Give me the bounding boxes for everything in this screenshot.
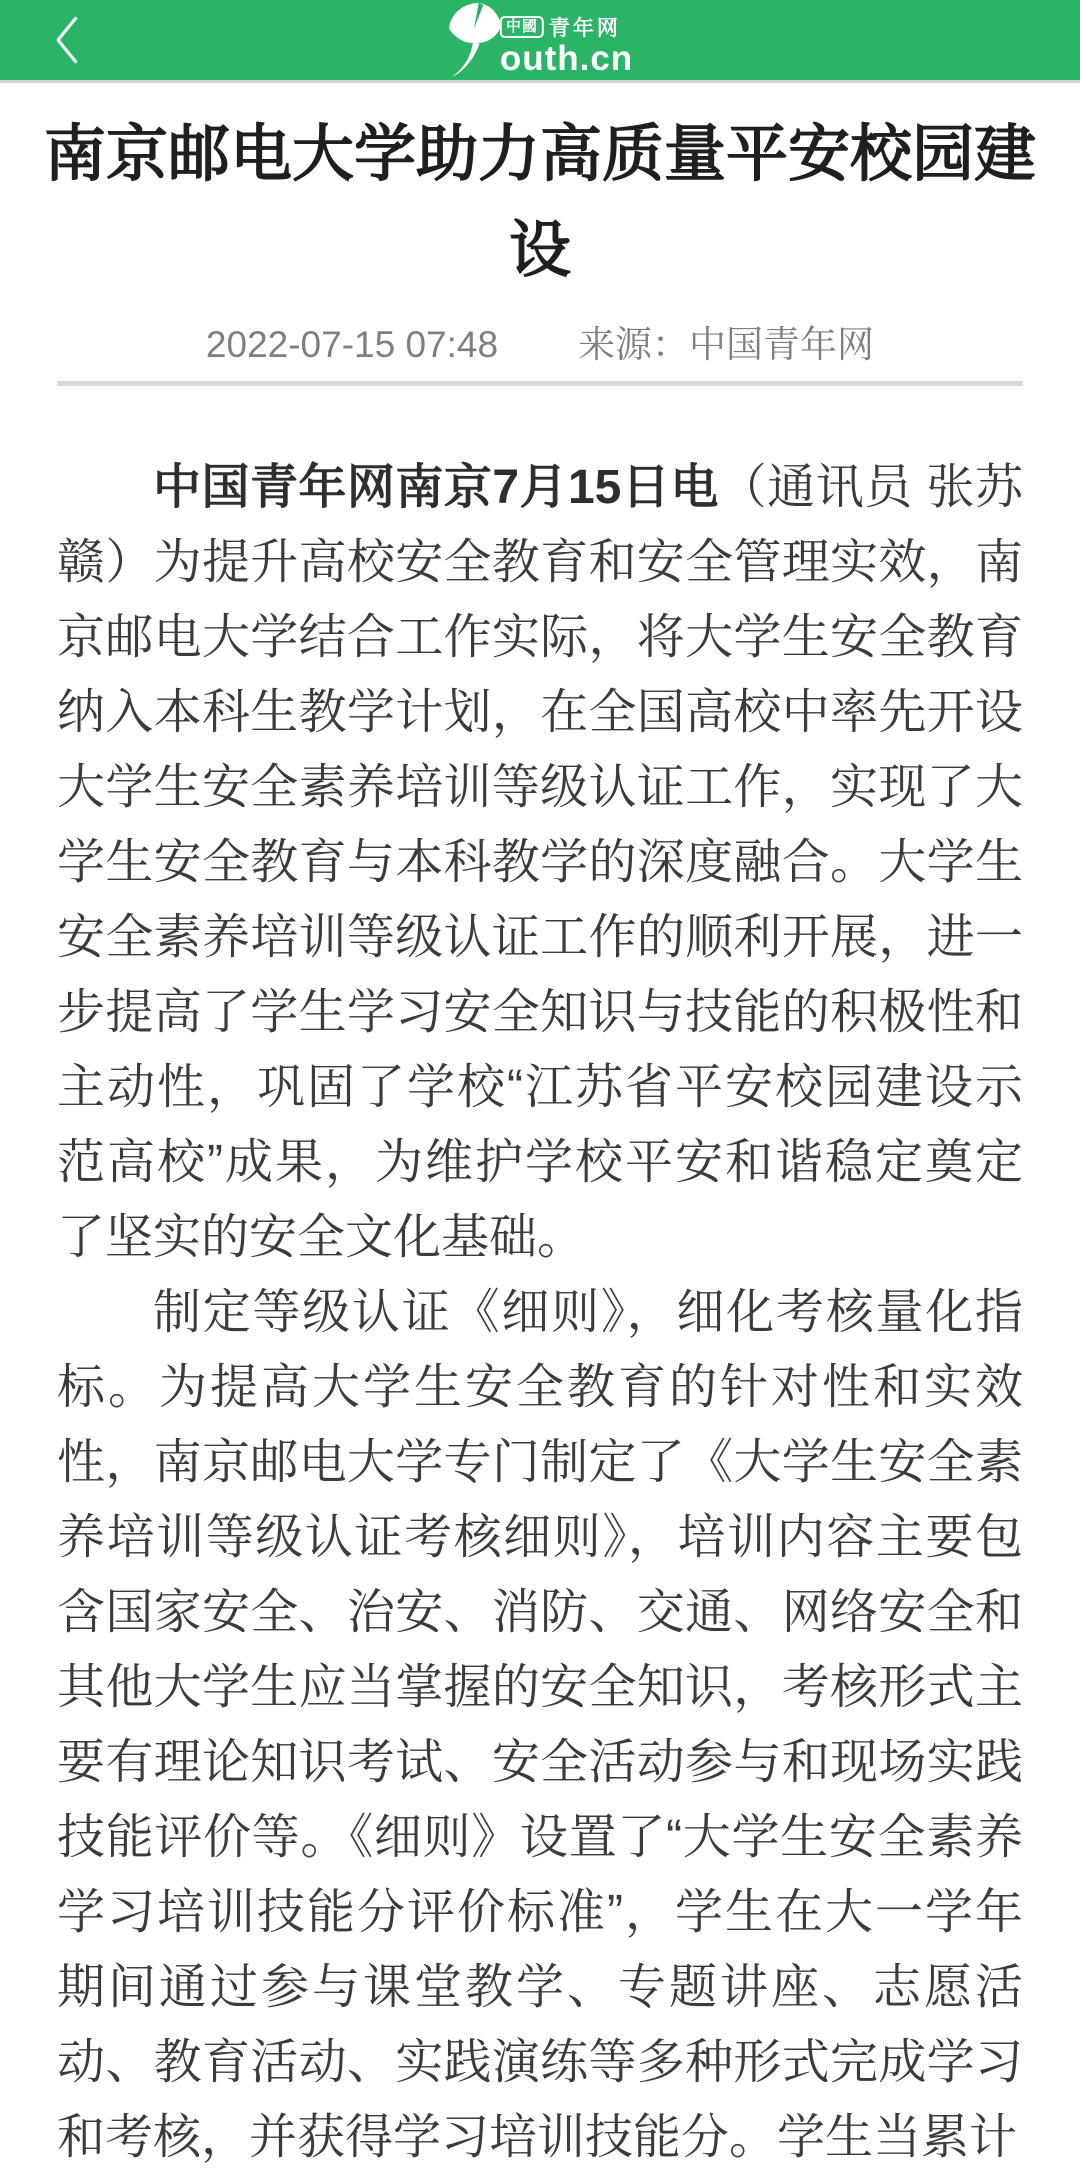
article-title: 南京邮电大学助力高质量平安校园建设 [40,107,1040,299]
paragraph-1-lead: 中国青年网南京7月15日电 [153,461,719,514]
article-page: 南京邮电大学助力高质量平安校园建设 2022-07-15 07:48 来源：中国… [0,107,1080,2172]
app-header: 中國 青年网 outh.cn [0,0,1080,83]
paragraph-2: 制定等级认证《细则》，细化考核量化指标。为提高大学生安全教育的针对性和实效性，南… [57,1275,1023,2172]
back-button[interactable] [34,8,98,72]
divider [57,381,1023,386]
paragraph-1-text: （通讯员 张苏赣）为提升高校安全教育和安全管理实效，南京邮电大学结合工作实际，将… [57,461,1023,1264]
youth-cn-logo[interactable]: 中國 青年网 outh.cn [447,2,633,80]
logo-cn-text: 青年网 [549,12,621,42]
logo-text: 中國 青年网 outh.cn [500,2,633,79]
publish-time: 2022-07-15 07:48 [206,323,498,367]
chevron-left-icon [50,12,82,68]
article-body: 中国青年网南京7月15日电（通讯员 张苏赣）为提升高校安全教育和安全管理实效，南… [57,450,1023,2172]
paragraph-2-text: 制定等级认证《细则》，细化考核量化指标。为提高大学生安全教育的针对性和实效性，南… [57,1286,1023,2164]
article-source: 来源：中国青年网 [578,323,874,367]
ginkgo-leaf-icon [447,2,505,78]
article-meta: 2022-07-15 07:48 来源：中国青年网 [0,323,1080,367]
logo-badge: 中國 [500,16,544,38]
logo-domain-text: outh.cn [500,39,633,79]
paragraph-1: 中国青年网南京7月15日电（通讯员 张苏赣）为提升高校安全教育和安全管理实效，南… [57,450,1023,1275]
